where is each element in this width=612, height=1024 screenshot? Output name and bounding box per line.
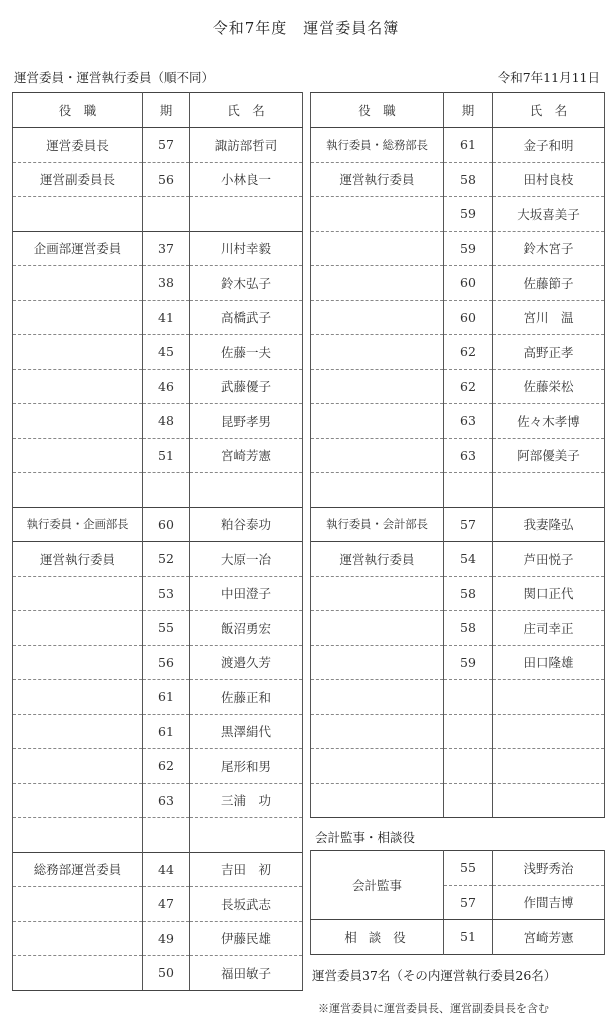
name-cell: 中田澄子 [190,576,303,611]
term-cell: 56 [143,162,190,197]
table-row: 運営執行委員58田村良枝 [311,162,605,197]
name-cell: 宮崎芳憲 [493,920,605,955]
role-cell [13,300,143,335]
name-cell [493,680,605,715]
name-cell [190,473,303,508]
role-cell: 執行委員・企画部長 [13,507,143,542]
table-row: 46武藤優子 [13,369,303,404]
term-cell: 61 [444,128,493,163]
term-cell: 55 [444,851,493,886]
table-row: 相 談 役 51 宮崎芳憲 [311,920,605,955]
name-cell: 芦田悦子 [493,542,605,577]
term-cell: 60 [444,266,493,301]
table-row [311,714,605,749]
term-cell: 58 [444,162,493,197]
audit-section-label: 会計監事・相談役 [315,828,415,846]
name-cell: 黒澤絹代 [190,714,303,749]
name-cell: 佐藤正和 [190,680,303,715]
name-cell: 粕谷泰功 [190,507,303,542]
term-cell [143,197,190,232]
table-row: 55飯沼勇宏 [13,611,303,646]
term-cell: 37 [143,231,190,266]
table-row: 61黒澤絹代 [13,714,303,749]
role-cell [13,749,143,784]
term-cell: 41 [143,300,190,335]
column-header-name: 氏 名 [493,93,605,128]
role-cell [13,645,143,680]
table-row: 45佐藤一夫 [13,335,303,370]
table-row: 59田口隆雄 [311,645,605,680]
name-cell: 小林良一 [190,162,303,197]
term-cell: 51 [444,920,493,955]
name-cell: 伊藤民雄 [190,921,303,956]
name-cell [493,473,605,508]
name-cell: 吉田 初 [190,852,303,887]
right-roster-table: 役 職 期 氏 名 執行委員・総務部長61金子和明運営執行委員58田村良枝59大… [310,92,605,818]
role-cell [311,197,444,232]
role-cell [13,680,143,715]
advisor-role-cell: 相 談 役 [311,920,444,955]
document-date: 令和7年11月11日 [498,68,600,86]
term-cell: 58 [444,576,493,611]
role-cell [13,335,143,370]
role-cell [13,473,143,508]
table-row: 41高橋武子 [13,300,303,335]
table-row: 運営執行委員52大原一冶 [13,542,303,577]
column-header-role: 役 職 [13,93,143,128]
name-cell: 高橋武子 [190,300,303,335]
table-row [311,749,605,784]
term-cell: 60 [444,300,493,335]
name-cell [493,749,605,784]
table-row: 執行委員・会計部長57我妻隆弘 [311,507,605,542]
name-cell: 飯沼勇宏 [190,611,303,646]
table-header-row: 役 職 期 氏 名 [13,93,303,128]
table-row: 会計監事 55 浅野秀治 [311,851,605,886]
name-cell: 福田敏子 [190,956,303,991]
role-cell: 運営執行委員 [13,542,143,577]
term-cell: 51 [143,438,190,473]
role-cell [13,921,143,956]
role-cell: 執行委員・会計部長 [311,507,444,542]
name-cell: 武藤優子 [190,369,303,404]
table-row: 運営副委員長56小林良一 [13,162,303,197]
term-cell [444,473,493,508]
term-cell [143,473,190,508]
role-cell [311,576,444,611]
table-row: 50福田敏子 [13,956,303,991]
term-cell: 45 [143,335,190,370]
role-cell [13,714,143,749]
role-cell [13,438,143,473]
role-cell [311,473,444,508]
role-cell [311,611,444,646]
name-cell: 渡邉久芳 [190,645,303,680]
table-row: 60宮川 温 [311,300,605,335]
name-cell: 長坂武志 [190,887,303,922]
term-cell: 53 [143,576,190,611]
role-cell [13,956,143,991]
table-row: 63阿部優美子 [311,438,605,473]
table-row [13,818,303,853]
term-cell [444,749,493,784]
role-cell [311,369,444,404]
name-cell: 作間吉博 [493,885,605,920]
term-cell: 47 [143,887,190,922]
name-cell: 金子和明 [493,128,605,163]
term-cell [444,714,493,749]
name-cell: 我妻隆弘 [493,507,605,542]
name-cell: 諏訪部哲司 [190,128,303,163]
term-cell [143,818,190,853]
table-header-row: 役 職 期 氏 名 [311,93,605,128]
term-cell: 63 [444,438,493,473]
name-cell [493,783,605,818]
table-row: 60佐藤節子 [311,266,605,301]
term-cell: 57 [444,885,493,920]
document-title: 令和7年度 運営委員名簿 [0,17,612,38]
term-cell: 59 [444,197,493,232]
name-cell [493,714,605,749]
role-cell [13,783,143,818]
term-cell: 46 [143,369,190,404]
table-row [13,197,303,232]
name-cell: 佐藤栄松 [493,369,605,404]
column-header-term: 期 [444,93,493,128]
role-cell: 運営執行委員 [311,542,444,577]
role-cell [13,611,143,646]
name-cell: 佐藤一夫 [190,335,303,370]
role-cell: 運営委員長 [13,128,143,163]
table-row: 49伊藤民雄 [13,921,303,956]
role-cell: 総務部運営委員 [13,852,143,887]
table-row: 38鈴木弘子 [13,266,303,301]
term-cell: 59 [444,645,493,680]
table-row [311,680,605,715]
table-row: 58庄司幸正 [311,611,605,646]
term-cell: 63 [444,404,493,439]
table-row: 運営執行委員54芦田悦子 [311,542,605,577]
table-row [311,783,605,818]
role-cell [311,645,444,680]
term-cell: 61 [143,714,190,749]
term-cell: 60 [143,507,190,542]
table-row: 61佐藤正和 [13,680,303,715]
name-cell: 宮崎芳憲 [190,438,303,473]
term-cell: 48 [143,404,190,439]
column-header-name: 氏 名 [190,93,303,128]
left-roster-table: 役 職 期 氏 名 運営委員長57諏訪部哲司運営副委員長56小林良一企画部運営委… [12,92,303,991]
name-cell: 田村良枝 [493,162,605,197]
term-cell: 56 [143,645,190,680]
table-row [13,473,303,508]
term-cell [444,680,493,715]
role-cell [311,783,444,818]
term-cell: 57 [444,507,493,542]
role-cell [311,438,444,473]
table-row [311,473,605,508]
term-cell: 55 [143,611,190,646]
role-cell: 企画部運営委員 [13,231,143,266]
table-row: 59大坂喜美子 [311,197,605,232]
term-cell: 50 [143,956,190,991]
term-cell: 52 [143,542,190,577]
table-row: 執行委員・総務部長61金子和明 [311,128,605,163]
column-header-term: 期 [143,93,190,128]
table-row: 総務部運営委員44吉田 初 [13,852,303,887]
roster-subtitle: 運営委員・運営執行委員（順不同） [14,68,214,86]
auditor-role-cell: 会計監事 [311,851,444,920]
role-cell [13,576,143,611]
term-cell: 54 [444,542,493,577]
term-cell: 58 [444,611,493,646]
term-cell: 62 [444,335,493,370]
name-cell: 浅野秀治 [493,851,605,886]
term-cell: 61 [143,680,190,715]
name-cell [190,818,303,853]
name-cell: 昆野孝男 [190,404,303,439]
name-cell: 尾形和男 [190,749,303,784]
name-cell: 庄司幸正 [493,611,605,646]
table-row: 59鈴木宮子 [311,231,605,266]
name-cell: 鈴木宮子 [493,231,605,266]
table-row: 47長坂武志 [13,887,303,922]
term-cell: 62 [143,749,190,784]
role-cell [13,818,143,853]
name-cell: 田口隆雄 [493,645,605,680]
name-cell: 大坂喜美子 [493,197,605,232]
table-row: 62高野正孝 [311,335,605,370]
role-cell [311,335,444,370]
role-cell [311,680,444,715]
table-row: 58関口正代 [311,576,605,611]
name-cell: 佐々木孝博 [493,404,605,439]
name-cell: 鈴木弘子 [190,266,303,301]
role-cell [13,887,143,922]
name-cell: 高野正孝 [493,335,605,370]
table-row: 63佐々木孝博 [311,404,605,439]
role-cell: 運営執行委員 [311,162,444,197]
name-cell: 関口正代 [493,576,605,611]
name-cell: 川村幸毅 [190,231,303,266]
table-row: 53中田澄子 [13,576,303,611]
role-cell [311,300,444,335]
table-row: 企画部運営委員37川村幸毅 [13,231,303,266]
table-row: 56渡邉久芳 [13,645,303,680]
audit-advisor-table: 会計監事 55 浅野秀治 57 作間吉博 相 談 役 51 宮崎芳憲 [310,850,605,955]
table-row: 51宮崎芳憲 [13,438,303,473]
term-cell: 62 [444,369,493,404]
role-cell [13,197,143,232]
name-cell: 三浦 功 [190,783,303,818]
role-cell [311,749,444,784]
name-cell [190,197,303,232]
name-cell: 阿部優美子 [493,438,605,473]
term-cell: 63 [143,783,190,818]
table-row: 63三浦 功 [13,783,303,818]
role-cell [311,266,444,301]
role-cell [13,404,143,439]
role-cell [13,369,143,404]
term-cell: 44 [143,852,190,887]
role-cell: 執行委員・総務部長 [311,128,444,163]
role-cell [311,404,444,439]
role-cell [311,714,444,749]
table-row: 48昆野孝男 [13,404,303,439]
name-cell: 宮川 温 [493,300,605,335]
member-total: 運営委員37名（その内運営執行委員26名） [312,966,556,984]
term-cell: 57 [143,128,190,163]
name-cell: 佐藤節子 [493,266,605,301]
term-cell: 38 [143,266,190,301]
term-cell: 49 [143,921,190,956]
term-cell: 59 [444,231,493,266]
table-row: 運営委員長57諏訪部哲司 [13,128,303,163]
table-row: 62尾形和男 [13,749,303,784]
table-row: 62佐藤栄松 [311,369,605,404]
table-row: 執行委員・企画部長60粕谷泰功 [13,507,303,542]
footnote: ※運営委員に運営委員長、運営副委員長を含む [318,1000,549,1016]
name-cell: 大原一冶 [190,542,303,577]
role-cell: 運営副委員長 [13,162,143,197]
role-cell [311,231,444,266]
column-header-role: 役 職 [311,93,444,128]
role-cell [13,266,143,301]
term-cell [444,783,493,818]
